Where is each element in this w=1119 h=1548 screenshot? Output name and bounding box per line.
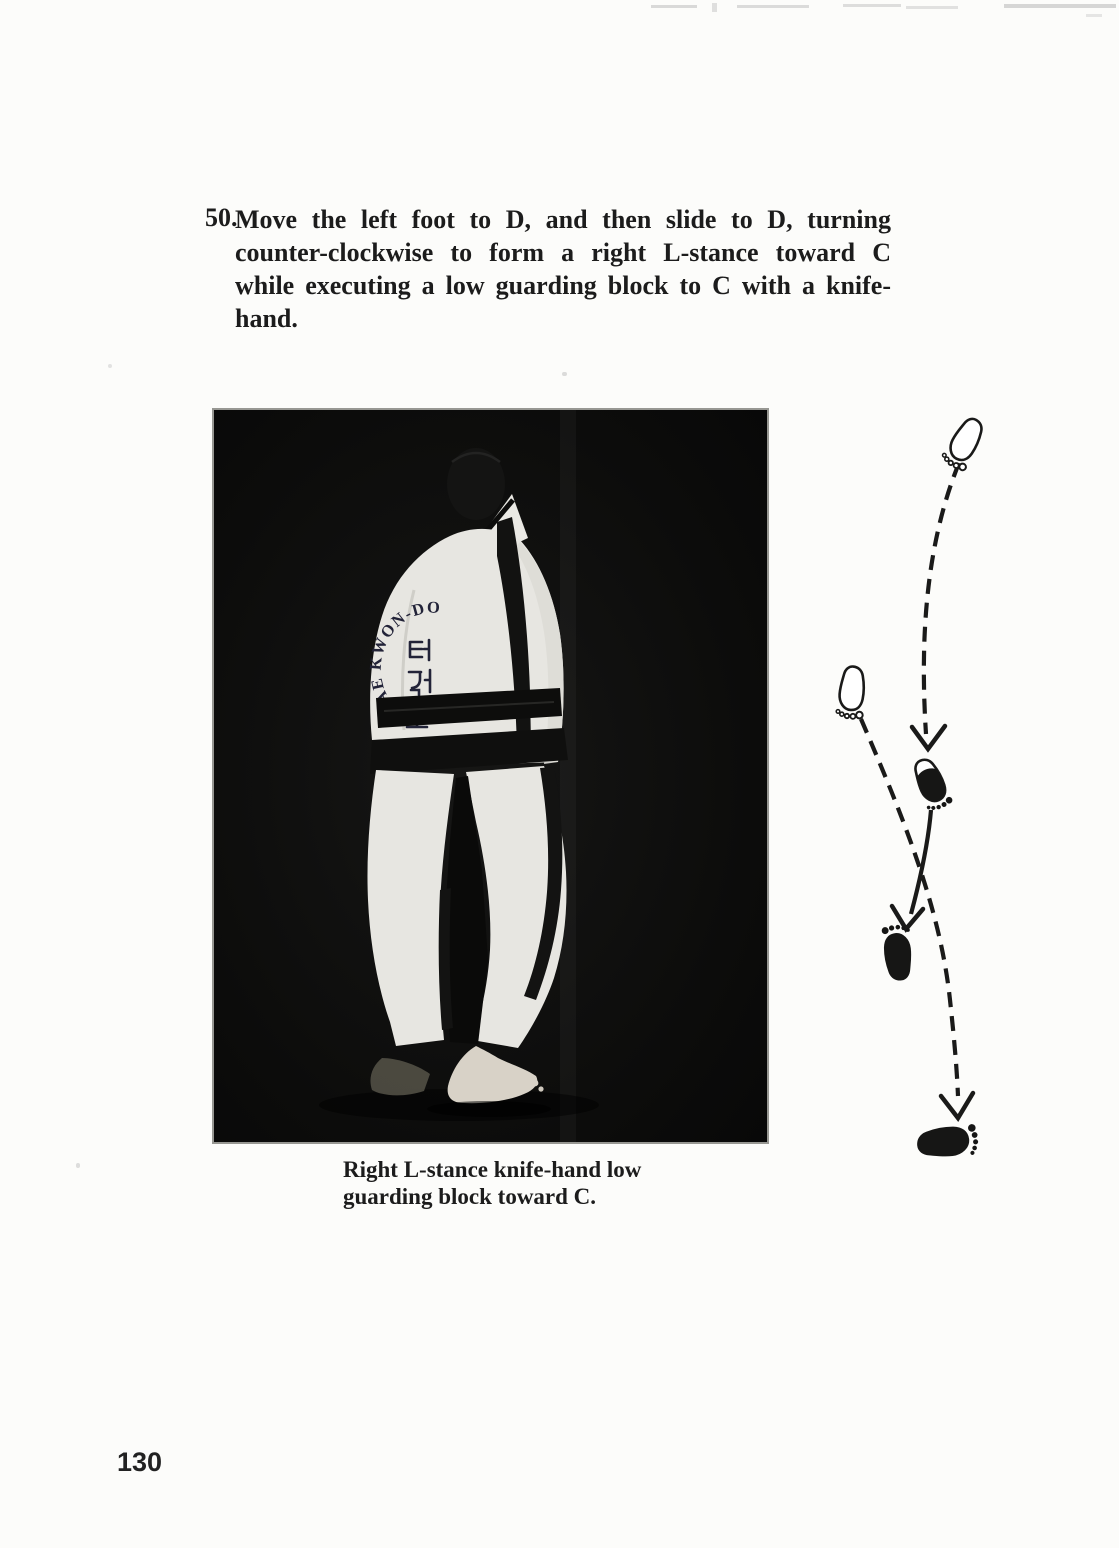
- foot-shadow: [427, 1101, 551, 1117]
- step-number: 50.: [205, 203, 238, 233]
- step-line: Move the left foot to D, and then slide …: [235, 203, 891, 236]
- scan-artifact: [108, 364, 112, 368]
- scan-artifact: [843, 4, 901, 7]
- footprint-right-final: [881, 923, 916, 981]
- scan-artifact: [562, 372, 567, 376]
- step-line: hand.: [235, 302, 891, 335]
- scan-artifact: [651, 5, 697, 8]
- caption-line: Right L-stance knife-hand low: [343, 1156, 673, 1183]
- step-line: while executing a low guarding block to …: [235, 269, 891, 302]
- dashed-path-left-foot: [861, 719, 958, 1096]
- step-line: counter-clockwise to form a right L-stan…: [235, 236, 891, 269]
- scan-artifact: [737, 5, 809, 8]
- caption-line: guarding block toward C.: [343, 1183, 673, 1210]
- instruction-step: 50. Move the left foot to D, and then sl…: [205, 203, 895, 335]
- solid-path-slide: [911, 810, 931, 914]
- scan-artifact: [1086, 14, 1102, 17]
- foot-toe: [538, 1086, 543, 1091]
- scan-artifact: [906, 6, 958, 9]
- dashed-path-right-foot: [924, 463, 959, 734]
- footwork-diagram: [800, 395, 1030, 1185]
- arrowhead-right-foot: [912, 726, 945, 749]
- photo-martial-artist: TAE KWON-DO: [212, 408, 769, 1144]
- scan-artifact: [712, 3, 717, 12]
- scan-band: [560, 410, 576, 1142]
- scan-artifact: [76, 1163, 80, 1168]
- footprint-left-final: [917, 1124, 980, 1162]
- footprint-right-intermediate: [908, 755, 954, 814]
- page-number: 130: [117, 1447, 162, 1478]
- footprint-left-start: [836, 666, 866, 720]
- scan-artifact: [1004, 4, 1116, 8]
- step-text: Move the left foot to D, and then slide …: [235, 203, 891, 335]
- photo-figure: TAE KWON-DO: [214, 410, 767, 1142]
- footprint-right-start: [940, 414, 987, 473]
- foot-toe: [532, 1080, 539, 1087]
- book-page: 50. Move the left foot to D, and then sl…: [0, 0, 1119, 1548]
- photo-caption: Right L-stance knife-hand low guarding b…: [343, 1156, 673, 1210]
- arrowhead-left-foot: [941, 1093, 973, 1118]
